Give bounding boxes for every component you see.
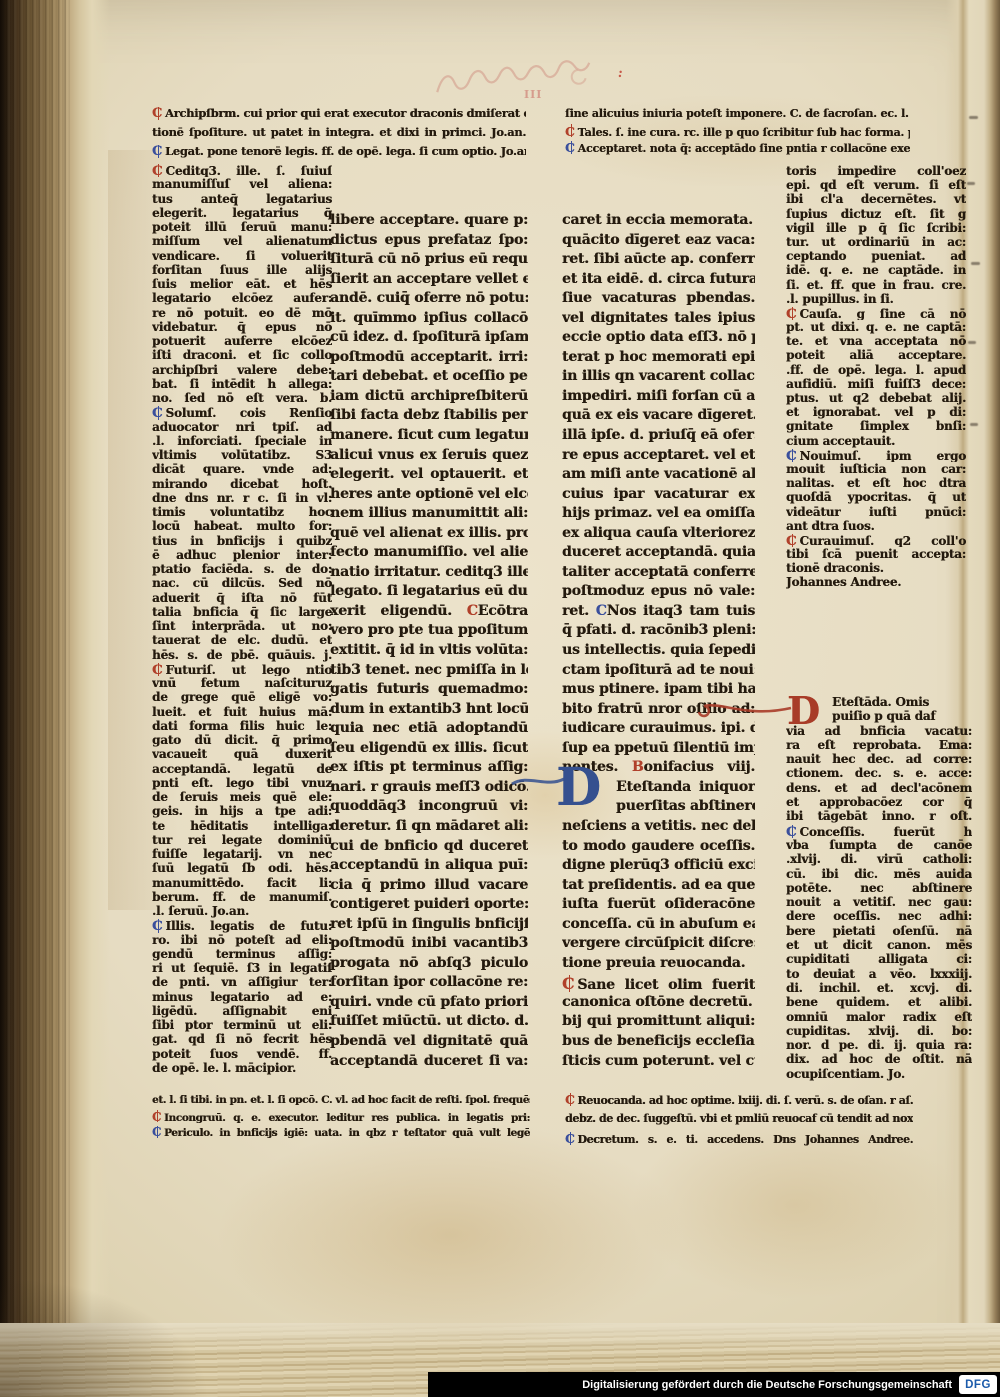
initial-flourish	[695, 700, 793, 720]
line-text: ē adhuc plenior inter:	[152, 548, 332, 562]
text-line: manumittēdo. facit li:	[152, 876, 332, 890]
line-text: ſuis melior eāt. et hēs	[152, 277, 332, 291]
line-text: tus anteq̄ legatarius	[152, 192, 332, 206]
text-line: re epus acceptaret. vel eti:	[562, 447, 755, 467]
line-text: no. ſed nō eſt vera. b.	[152, 391, 332, 405]
text-line: gatis futuris quemadmo:	[330, 681, 528, 701]
text-line: poteit ſuos vendē. ff.	[152, 1047, 332, 1061]
text-line: ro. ibi nō poteſt ad eli:	[152, 933, 332, 947]
pilcrow-mark: C	[786, 533, 797, 547]
line-text-continued: Ecōtra	[478, 603, 528, 619]
line-text: tius in bnficijs i quibz	[152, 534, 332, 548]
line-text: puerſitas abſtinere	[616, 798, 755, 814]
text-line: ſeu eligendū ex illis. ſicut	[330, 740, 528, 760]
line-text: dere oceſſis. nec adhi:	[786, 909, 972, 923]
text-line: aufidiū. miſi fuiſſ3 dece:	[786, 377, 966, 391]
text-line: to modo gaudere oceſſis.	[562, 838, 755, 858]
text-line: tione preuia reuocanda.	[562, 955, 755, 975]
line-text: et ignorabat. vel p di:	[786, 405, 966, 419]
text-line: timis voluntatibz hoc	[152, 505, 332, 519]
text-line: nem illius manumittit ali:	[330, 505, 528, 525]
line-text: .xlvij. di. virū catholi:	[786, 852, 972, 866]
edge-text-speck	[969, 116, 978, 119]
line-text: vba ſumpta de canōe	[786, 838, 972, 852]
pilcrow-mark: C	[152, 405, 163, 419]
line-text: ret.	[562, 603, 596, 619]
line-text: cui de bnficio qd duceret	[330, 838, 528, 854]
text-column-main-right: caret in eccia memorata. uſquācito dīger…	[562, 212, 755, 1072]
line-text: ſibi facta debz ſtabilis per:	[330, 407, 528, 423]
text-line: acceptandā. legatū de	[152, 762, 332, 776]
line-text: di. inchil. et. xcvj. di.	[786, 981, 972, 995]
line-text: debz. de dec. ſuggeſtū. vbi et pmliū reu…	[565, 1112, 913, 1125]
line-text: Acceptaret. nota q̄: acceptādo ſine pnti…	[578, 142, 910, 155]
line-text: ret. ſibi aūcte ap. conferret.	[562, 251, 755, 267]
line-text: videbatur. q̄ epus nō	[152, 320, 332, 334]
line-text: cupiditati alligata ci:	[786, 952, 972, 966]
text-line: cuius ipar vacaturar ex	[562, 486, 755, 506]
pilcrow-mark: C	[152, 163, 163, 177]
line-text: heres ante optionē vel elcō:	[330, 486, 528, 502]
pilcrow-mark: C	[152, 106, 162, 121]
line-text: mirando dicebat hoſt.	[152, 477, 332, 491]
line-text: ret ipſū in ſingulis bnficijſ	[330, 916, 528, 932]
line-text: ſierit an acceptare vellet e:	[330, 271, 528, 287]
text-line: Johannes Andree.	[786, 575, 966, 589]
line-text: fecto manumiſſio. vel alie	[330, 544, 528, 560]
line-text: miſſum vel alienatum	[152, 234, 332, 248]
line-text: iudicare curauimus. ipi. d.	[562, 720, 755, 736]
line-text: dictus epus prefataz ſpo:	[330, 232, 528, 248]
line-text: Reuocanda. ad hoc optime. lxiij. di. ſ. …	[577, 1094, 913, 1107]
text-line: CReuocanda. ad hoc optime. lxiij. di. ſ.…	[565, 1092, 913, 1112]
text-line: ptus. ut q2 debebat alij.	[786, 391, 966, 405]
text-line: acceptandū in aliqua puī:	[330, 857, 528, 877]
pilcrow-mark: C	[152, 918, 163, 932]
text-line: minus legatario ad e:	[152, 990, 332, 1004]
text-line: legatario elcōez aufer:	[152, 291, 332, 305]
text-line: q̄ pfati. d. racōnib3 pleni:	[562, 622, 755, 642]
line-text: de pnti. vn aſſigiur ter:	[152, 975, 332, 989]
text-line: cium acceptauit.	[786, 434, 966, 448]
line-text: impediri. miſi forſan cū ali:	[562, 388, 755, 404]
text-line: dens. et ad decl'acōnem	[786, 781, 972, 795]
text-line: nari. r grauis meſſ3 odicō.	[330, 779, 528, 799]
line-text: Nouimuſ. ipm ergo	[800, 449, 967, 462]
text-line: mus ptinere. ipam tibi ha:	[562, 681, 755, 701]
line-text: ſeu eligendū ex illis. ſicut	[330, 740, 528, 756]
text-line: dicāt quare. vnde ad:	[152, 462, 332, 476]
text-line: poſtmodū inibi vacantib3	[330, 935, 528, 955]
pilcrow-mark: C	[786, 306, 797, 320]
line-text: .l. pupillus. in ſi.	[786, 292, 893, 306]
text-line: pbendā vel dignitatē quā	[330, 1033, 528, 1053]
text-line: dere oceſſis. nec adhi:	[786, 909, 972, 923]
text-line: cui de bnficio qd duceret	[330, 838, 528, 858]
text-line: duceret acceptandā. quia	[562, 544, 755, 564]
line-text: gendū terminus aſſig:	[152, 947, 332, 961]
line-text: gato dū dicit. q̄ primo	[152, 733, 332, 747]
edge-text-speck	[970, 423, 978, 426]
text-line: CCauſa. g ſine cā nō	[786, 306, 966, 320]
line-text: ſticis cum poterunt. vel cū	[562, 1053, 755, 1069]
line-text: geis. in hijs a tpe adi:	[152, 804, 332, 818]
line-text: poſtmodū inibi vacantib3	[330, 935, 528, 951]
line-text: andē. cuiq̄ oferre nō potu:	[330, 290, 528, 306]
text-line: iam dictū archipreſbiterū	[330, 388, 528, 408]
line-text: Sane licet olim fuerit	[577, 977, 755, 993]
text-line: iudicare curauimus. ipi. d.	[562, 720, 755, 740]
banner-text: Digitalisierung gefördert durch die Deut…	[582, 1379, 952, 1391]
text-line: aduerit q̄ iſta nō fūt	[152, 591, 332, 605]
text-line: in illis qn vacarent collacō	[562, 368, 755, 388]
line-text: aufidiū. miſi fuiſſ3 dece:	[786, 377, 966, 391]
line-text: potēte. nec abſtinere	[786, 881, 972, 895]
line-text: ibi cl'a decernētes. vt	[786, 192, 966, 206]
line-text: minus legatario ad e:	[152, 990, 332, 1004]
line-text: fuiſſe legatarij. vn nec	[152, 847, 332, 861]
line-text: tibi ſcā puenit accepta:	[786, 547, 966, 561]
text-line: vergere circūſpicit diſcre:	[562, 935, 755, 955]
text-line: ſi. et. ff. que in frau. cre.	[786, 278, 966, 292]
line-text: ctionem. dec. s. e. acce:	[786, 766, 972, 780]
line-text: cuius ipar vacaturar ex	[562, 486, 755, 502]
line-text: ptatio faciēda. s. de do:	[152, 562, 332, 576]
text-line: progata nō abſq3 piculo	[330, 955, 528, 975]
line-text: cupiditas. xlvij. di. bo:	[786, 1024, 972, 1038]
text-line: dictus epus prefataz ſpo:	[330, 232, 528, 252]
line-text: Ceditq3. ille. ſ. ſuiuſ	[166, 164, 333, 177]
pilcrow-mark: C	[786, 448, 797, 462]
line-text: nauit hec dec. ad corre:	[786, 752, 972, 766]
line-text: to deuiat a vēo. lxxxiij.	[786, 967, 972, 981]
line-text: poteit ſuos vendē. ff.	[152, 1047, 332, 1061]
line-text: et ut dicit canon. mēs	[786, 938, 972, 952]
text-line: bij qui promittunt aliqui:	[562, 1013, 755, 1033]
line-text: tari debebat. et oceſſio per	[330, 368, 528, 384]
line-text: Archipſbrm. cui prior qui erat executor …	[165, 106, 526, 120]
pilcrow-mark: C	[152, 144, 162, 159]
pilcrow-mark: C	[786, 824, 797, 838]
line-text: ctam ipoſiturā ad te noui:	[562, 662, 755, 678]
text-line: gendū terminus aſſig:	[152, 947, 332, 961]
text-line: re nō potuit. eo dē mō	[152, 306, 332, 320]
line-text: tauerat de elc. dudū. et	[152, 633, 332, 647]
text-line: CLegat. pone tenorē legis. ff. de opē. l…	[152, 144, 526, 163]
dfg-logo: DFG	[959, 1375, 997, 1394]
text-line: et ita eidē. d. circa futuras	[562, 271, 755, 291]
text-line: vero pro pte tua ppoſitum	[330, 622, 528, 642]
text-block-bottom-right: CReuocanda. ad hoc optime. lxiij. di. ſ.…	[565, 1092, 913, 1151]
text-block-top-left: CArchipſbrm. cui prior qui erat executor…	[152, 106, 526, 163]
text-line: canonica oſtōne decretū. q̄	[562, 994, 755, 1014]
line-text: talia bnficia q̄ ſic large	[152, 605, 332, 619]
text-line: cupiditati alligata ci:	[786, 952, 972, 966]
line-text: ibi tāgebāt inno. r oſt.	[786, 809, 972, 823]
text-line: tur. ut ordinariū in ac:	[786, 235, 966, 249]
line-text: quia nec etiā adoptandū	[330, 720, 528, 736]
text-line: ſiue vacaturas pbendas.	[562, 290, 755, 310]
line-text: manumiſſuſ vel aliena:	[152, 177, 332, 191]
text-line: deretur. ſi qn mādaret ali:	[330, 818, 528, 838]
line-text: ri ut ſequiē. ſ3 in legatiſ	[152, 961, 332, 975]
line-text: Tales. ſ. ine cura. rc. ille p quo ſcrib…	[578, 126, 910, 139]
line-text: Johannes Andree.	[786, 575, 901, 589]
line-text: dix. ad hoc de oſtit. nā	[786, 1052, 972, 1066]
line-text: archipſbri valere debe:	[152, 363, 332, 377]
line-text: quoſdā ypocritas. q̄ ut	[786, 490, 966, 504]
text-column-main-left: libere acceptare. quare p:dictus epus pr…	[330, 212, 528, 1072]
text-block-bottom-left: et. l. ſi tibi. in pn. et. l. ſi opcō. C…	[152, 1094, 530, 1141]
text-column-gloss-left: CCeditq3. ille. ſ. ſuiuſmanumiſſuſ vel a…	[152, 163, 332, 1075]
text-line: et ut dicit canon. mēs	[786, 938, 972, 952]
text-line: te. et vna acceptata nō	[786, 334, 966, 348]
line-text: mouit iuſticia non car:	[786, 462, 966, 476]
line-text: ſine alicuius iniuria poteſt imponere. C…	[565, 107, 910, 120]
text-line: .l. inforciati. ſpeciale in	[152, 434, 332, 448]
text-line: taliter acceptatā conferre	[562, 564, 755, 584]
text-line: idē. q. e. ne captāde. in	[786, 263, 966, 277]
line-text: bij qui promittunt aliqui:	[562, 1013, 755, 1029]
line-text: de ſeruis meis quē ele:	[152, 790, 332, 804]
text-line: CNouimuſ. ipm ergo	[786, 448, 966, 462]
line-text: Decretum. s. e. ti. accedens. Dns Johann…	[577, 1133, 913, 1146]
line-text: aduerit q̄ iſta nō fūt	[152, 591, 332, 605]
line-text: vergere circūſpicit diſcre:	[562, 935, 755, 951]
text-line: ctam ipoſiturā ad te noui:	[562, 662, 755, 682]
text-line: CIncongruū. q. e. executor. leditur res …	[152, 1110, 530, 1126]
line-text: bene quidem. et alibi.	[786, 995, 972, 1009]
text-line: ex iſtis pt terminus aſſig:	[330, 759, 528, 779]
line-text: pt. ut dixi. q. e. ne captā:	[786, 320, 966, 334]
text-line: andē. cuiq̄ oferre nō potu:	[330, 290, 528, 310]
line-text: de opē. le. l. mācipior.	[152, 1061, 296, 1075]
pilcrow-mark: C	[565, 140, 575, 155]
text-line: toris impedire coll'oez	[786, 164, 966, 178]
line-text: ant dtra ſuos.	[786, 519, 874, 533]
manuscript-scan-page: : III CArchipſbrm. cui prior qui erat ex…	[0, 0, 1000, 1397]
line-text: tionē ſpoſiture. ut patet in integra. et…	[152, 125, 526, 139]
line-text: vel dignitates tales ipius	[562, 310, 755, 326]
line-text: mus ptinere. ipam tibi ha:	[562, 681, 755, 697]
text-line: poteit aliā acceptare.	[786, 348, 966, 362]
line-text: Illis. legatis de futu:	[166, 919, 333, 932]
line-text: q̄ pfati. d. racōnib3 pleni:	[562, 622, 755, 638]
text-line: manere. ſicut cum legatur	[330, 427, 528, 447]
text-line: hijs primaz. vel ea omiſſa	[562, 505, 755, 525]
text-line: ibi tāgebāt inno. r oſt.	[786, 809, 972, 823]
decorated-initial-blue-D: D	[556, 762, 601, 814]
line-text: bat. ſi intēdit h allega:	[152, 377, 332, 391]
text-line: .ff. de opē. lega. l. apud	[786, 363, 966, 377]
text-line: tauerat de elc. dudū. et	[152, 633, 332, 647]
line-text: digne plerūq3 officiū exci:	[562, 857, 755, 873]
line-text: am miſi ante vacationē ali:	[562, 466, 755, 482]
text-line: gnitate ſimplex bnſi:	[786, 419, 966, 433]
line-text: vacaueit quā duxerit	[152, 747, 332, 761]
text-line: illā ipſe. d. priuſq̄ eā ofer:	[562, 427, 755, 447]
text-line: eccie optio data eſſ3. nō po:	[562, 329, 755, 349]
text-line: CArchipſbrm. cui prior qui erat executor…	[152, 106, 526, 125]
line-text: toris impedire coll'oez	[786, 164, 966, 178]
text-line: et. l. ſi tibi. in pn. et. l. ſi opcō. C…	[152, 1094, 530, 1110]
line-text: cium acceptauit.	[786, 434, 895, 448]
dfg-logo-text: DFG	[965, 1379, 991, 1391]
text-line: tib3 tenet. nec pmiſſa in le:	[330, 662, 528, 682]
text-line: videbatur. q̄ epus nō	[152, 320, 332, 334]
text-line: mouit iuſticia non car:	[786, 462, 966, 476]
text-line: et ignorabat. vel p di:	[786, 405, 966, 419]
line-text: deretur. ſi qn mādaret ali:	[330, 818, 528, 834]
line-text: .l. ſeruū. Jo.an.	[152, 904, 249, 918]
line-text: Legat. pone tenorē legis. ff. de opē. le…	[165, 144, 526, 158]
text-line: no. ſed nō eſt vera. b.	[152, 391, 332, 405]
text-line: .l. ſeruū. Jo.an.	[152, 904, 332, 918]
text-line: miſſum vel alienatum	[152, 234, 332, 248]
text-line: vacaueit quā duxerit	[152, 747, 332, 761]
line-text: cū. ibi dic. mēs auida	[786, 867, 972, 881]
text-line: de grege quē eligē vo:	[152, 690, 332, 704]
text-line: dix. ad hoc de oſtit. nā	[786, 1052, 972, 1066]
text-line: ant dtra ſuos.	[786, 519, 966, 533]
line-text: duceret acceptandā. quia	[562, 544, 755, 560]
line-text: et approbacōez cor q̄	[786, 795, 972, 809]
text-line: vendicare. ſi voluerit	[152, 249, 332, 263]
line-text: taliter acceptatā conferre	[562, 564, 755, 580]
text-line: poteit illū ſeruū manu:	[152, 220, 332, 234]
text-line: cū. ibi dic. mēs auida	[786, 867, 972, 881]
text-line: iſti draconi. et ſic collo	[152, 348, 332, 362]
line-text: natio irritatur. ceditq3 ille	[330, 564, 528, 580]
text-line: quoddāq3 incongruū vi:	[330, 798, 528, 818]
text-line: CFuturiſ. ut lego ntio	[152, 662, 332, 676]
text-line: cia q̄ primo illud vacare	[330, 877, 528, 897]
line-text: manumittēdo. facit li:	[152, 876, 332, 890]
text-line: quoſdā ypocritas. q̄ ut	[786, 490, 966, 504]
line-text: nalitas. et eſt hoc dtra	[786, 476, 966, 490]
line-text: contigeret puideri oporte:	[330, 896, 528, 912]
text-line: caret in eccia memorata. uſ	[562, 212, 755, 232]
text-line: us intellectis. quia ſepedi:	[562, 642, 755, 662]
text-line: ſiturā cū nō prius eū requi:	[330, 251, 528, 271]
text-line: CConceſſis. fuerūt h	[786, 824, 972, 838]
line-text: te. et vna acceptata nō	[786, 334, 966, 348]
line-text-continued: onifacius viij.	[643, 759, 755, 775]
line-text: puiſio p quā daf	[832, 709, 935, 723]
line-text: ſi. et. ff. que in frau. cre.	[786, 278, 966, 292]
line-text: poteit aliā acceptare.	[786, 348, 966, 362]
text-line: tius in bnficijs i quibz	[152, 534, 332, 548]
line-text: ſiturā cū nō prius eū requi:	[330, 251, 528, 267]
line-text: vero pro pte tua ppoſitum	[330, 622, 528, 638]
line-text: acceptandā. legatū de	[152, 762, 332, 776]
line-text: re epus acceptaret. vel eti:	[562, 447, 755, 463]
text-line: fuiſſet miūctū. ut dicto. d.	[330, 1013, 528, 1033]
text-line: nalitas. et eſt hoc dtra	[786, 476, 966, 490]
text-line: to deuiat a vēo. lxxxiij.	[786, 967, 972, 981]
text-line: bene quidem. et alibi.	[786, 995, 972, 1009]
text-line: tat preſidentis. ad ea que	[562, 877, 755, 897]
line-text: illā ipſe. d. priuſq̄ eā ofer:	[562, 427, 755, 443]
line-text: ſuū legatū ſb odi. hēs.	[152, 861, 332, 875]
text-line: tus anteq̄ legatarius	[152, 192, 332, 206]
text-line: quiri. vnde cū pfato priori	[330, 994, 528, 1014]
text-line: debz. de dec. ſuggeſtū. vbi et pmliū reu…	[565, 1112, 913, 1132]
text-line: alicui vnus ex ſeruis quez	[330, 447, 528, 467]
line-text: idē. q. e. ne captāde. in	[786, 263, 966, 277]
text-line: ex aliqua cauſa vlteriorez	[562, 525, 755, 545]
text-line: pt. ut dixi. q. e. ne captā:	[786, 320, 966, 334]
text-line: talia bnficia q̄ ſic large	[152, 605, 332, 619]
line-text: iſti draconi. et ſic collo	[152, 348, 332, 362]
initial-flourish	[510, 772, 566, 790]
line-text: manere. ſicut cum legatur	[330, 427, 528, 443]
line-text: re nō potuit. eo dē mō	[152, 306, 332, 320]
text-line: potēte. nec abſtinere	[786, 881, 972, 895]
text-line: dati forma filis huic le:	[152, 719, 332, 733]
pilcrow-mark: C	[565, 1092, 574, 1107]
text-line: libere acceptare. quare p:	[330, 212, 528, 232]
line-text: hijs primaz. vel ea omiſſa	[562, 505, 755, 521]
line-text: ſint interprāda. ut no:	[152, 619, 332, 633]
text-line: quia nec etiā adoptandū	[330, 720, 528, 740]
line-text: caret in eccia memorata. uſ	[562, 212, 755, 228]
line-text: dum in extantib3 hnt locū.	[330, 701, 528, 717]
text-line: gat. qd ſi nō fecrit hēs	[152, 1032, 332, 1046]
text-line: de ſeruis meis quē ele:	[152, 790, 332, 804]
line-text: bus de beneficijs eccleſia:	[562, 1033, 755, 1049]
line-text: forſitan ipor collacōne re:	[330, 974, 528, 990]
text-line: elegerit. legatarius q̄	[152, 206, 332, 220]
pilcrow-mark: C	[565, 124, 575, 139]
line-text: aduocator nri tpiſ. ad	[152, 420, 332, 434]
line-text: eccie optio data eſſ3. nō po:	[562, 329, 755, 345]
text-line: dum in extantib3 hnt locū.	[330, 701, 528, 721]
text-line: potuerit auferre elcōez	[152, 334, 332, 348]
text-line: videātur iuſti pnūci:	[786, 505, 966, 519]
text-line: CCurauimuſ. q2 coll'o	[786, 533, 966, 547]
text-line: ra eſt reprobata. Ema:	[786, 738, 972, 752]
text-line: natio irritatur. ceditq3 ille	[330, 564, 528, 584]
text-block-top-right: ſine alicuius iniuria poteſt imponere. C…	[565, 107, 910, 157]
text-line: nor. d pe. di. ij. quia ra:	[786, 1038, 972, 1052]
text-line: ret. ſibi aūcte ap. conferret.	[562, 251, 755, 271]
line-text: Curauimuſ. q2 coll'o	[800, 534, 967, 547]
line-text: Solumſ. cois Renſio	[166, 406, 333, 419]
text-line: et approbacōez cor q̄	[786, 795, 972, 809]
line-text: ſiue vacaturas pbendas.	[562, 290, 755, 306]
text-line: vltimis volūtatibz. S3	[152, 448, 332, 462]
line-text: canonica oſtōne decretū. q̄	[562, 994, 755, 1010]
text-line: vba ſumpta de canōe	[786, 838, 972, 852]
line-text: tur rei legate dominiū	[152, 833, 332, 847]
text-line: tibi ſcā puenit accepta:	[786, 547, 966, 561]
line-text: ro. ibi nō poteſt ad eli:	[152, 933, 332, 947]
text-line: bat. ſi intēdit h allega:	[152, 377, 332, 391]
text-line: bus de beneficijs eccleſia:	[562, 1033, 755, 1053]
edge-text-speck	[968, 341, 976, 344]
text-line: locū habeat. multo for:	[152, 519, 332, 533]
text-line: vigil ille p q̄ ſic ſcribi:	[786, 221, 966, 235]
line-text: et ita eidē. d. circa futuras	[562, 271, 755, 287]
text-line: manumiſſuſ vel aliena:	[152, 177, 332, 191]
text-line: ſuis melior eāt. et hēs	[152, 277, 332, 291]
line-text: quoddāq3 incongruū vi:	[330, 798, 528, 814]
text-line: extitit. q̄ id in vltis volūta:	[330, 642, 528, 662]
line-text: dicāt quare. vnde ad:	[152, 462, 332, 476]
line-text: neſciens a vetitis. nec debi:	[562, 818, 755, 834]
digitization-banner: Digitalisierung gefördert durch die Deut…	[428, 1372, 1000, 1397]
